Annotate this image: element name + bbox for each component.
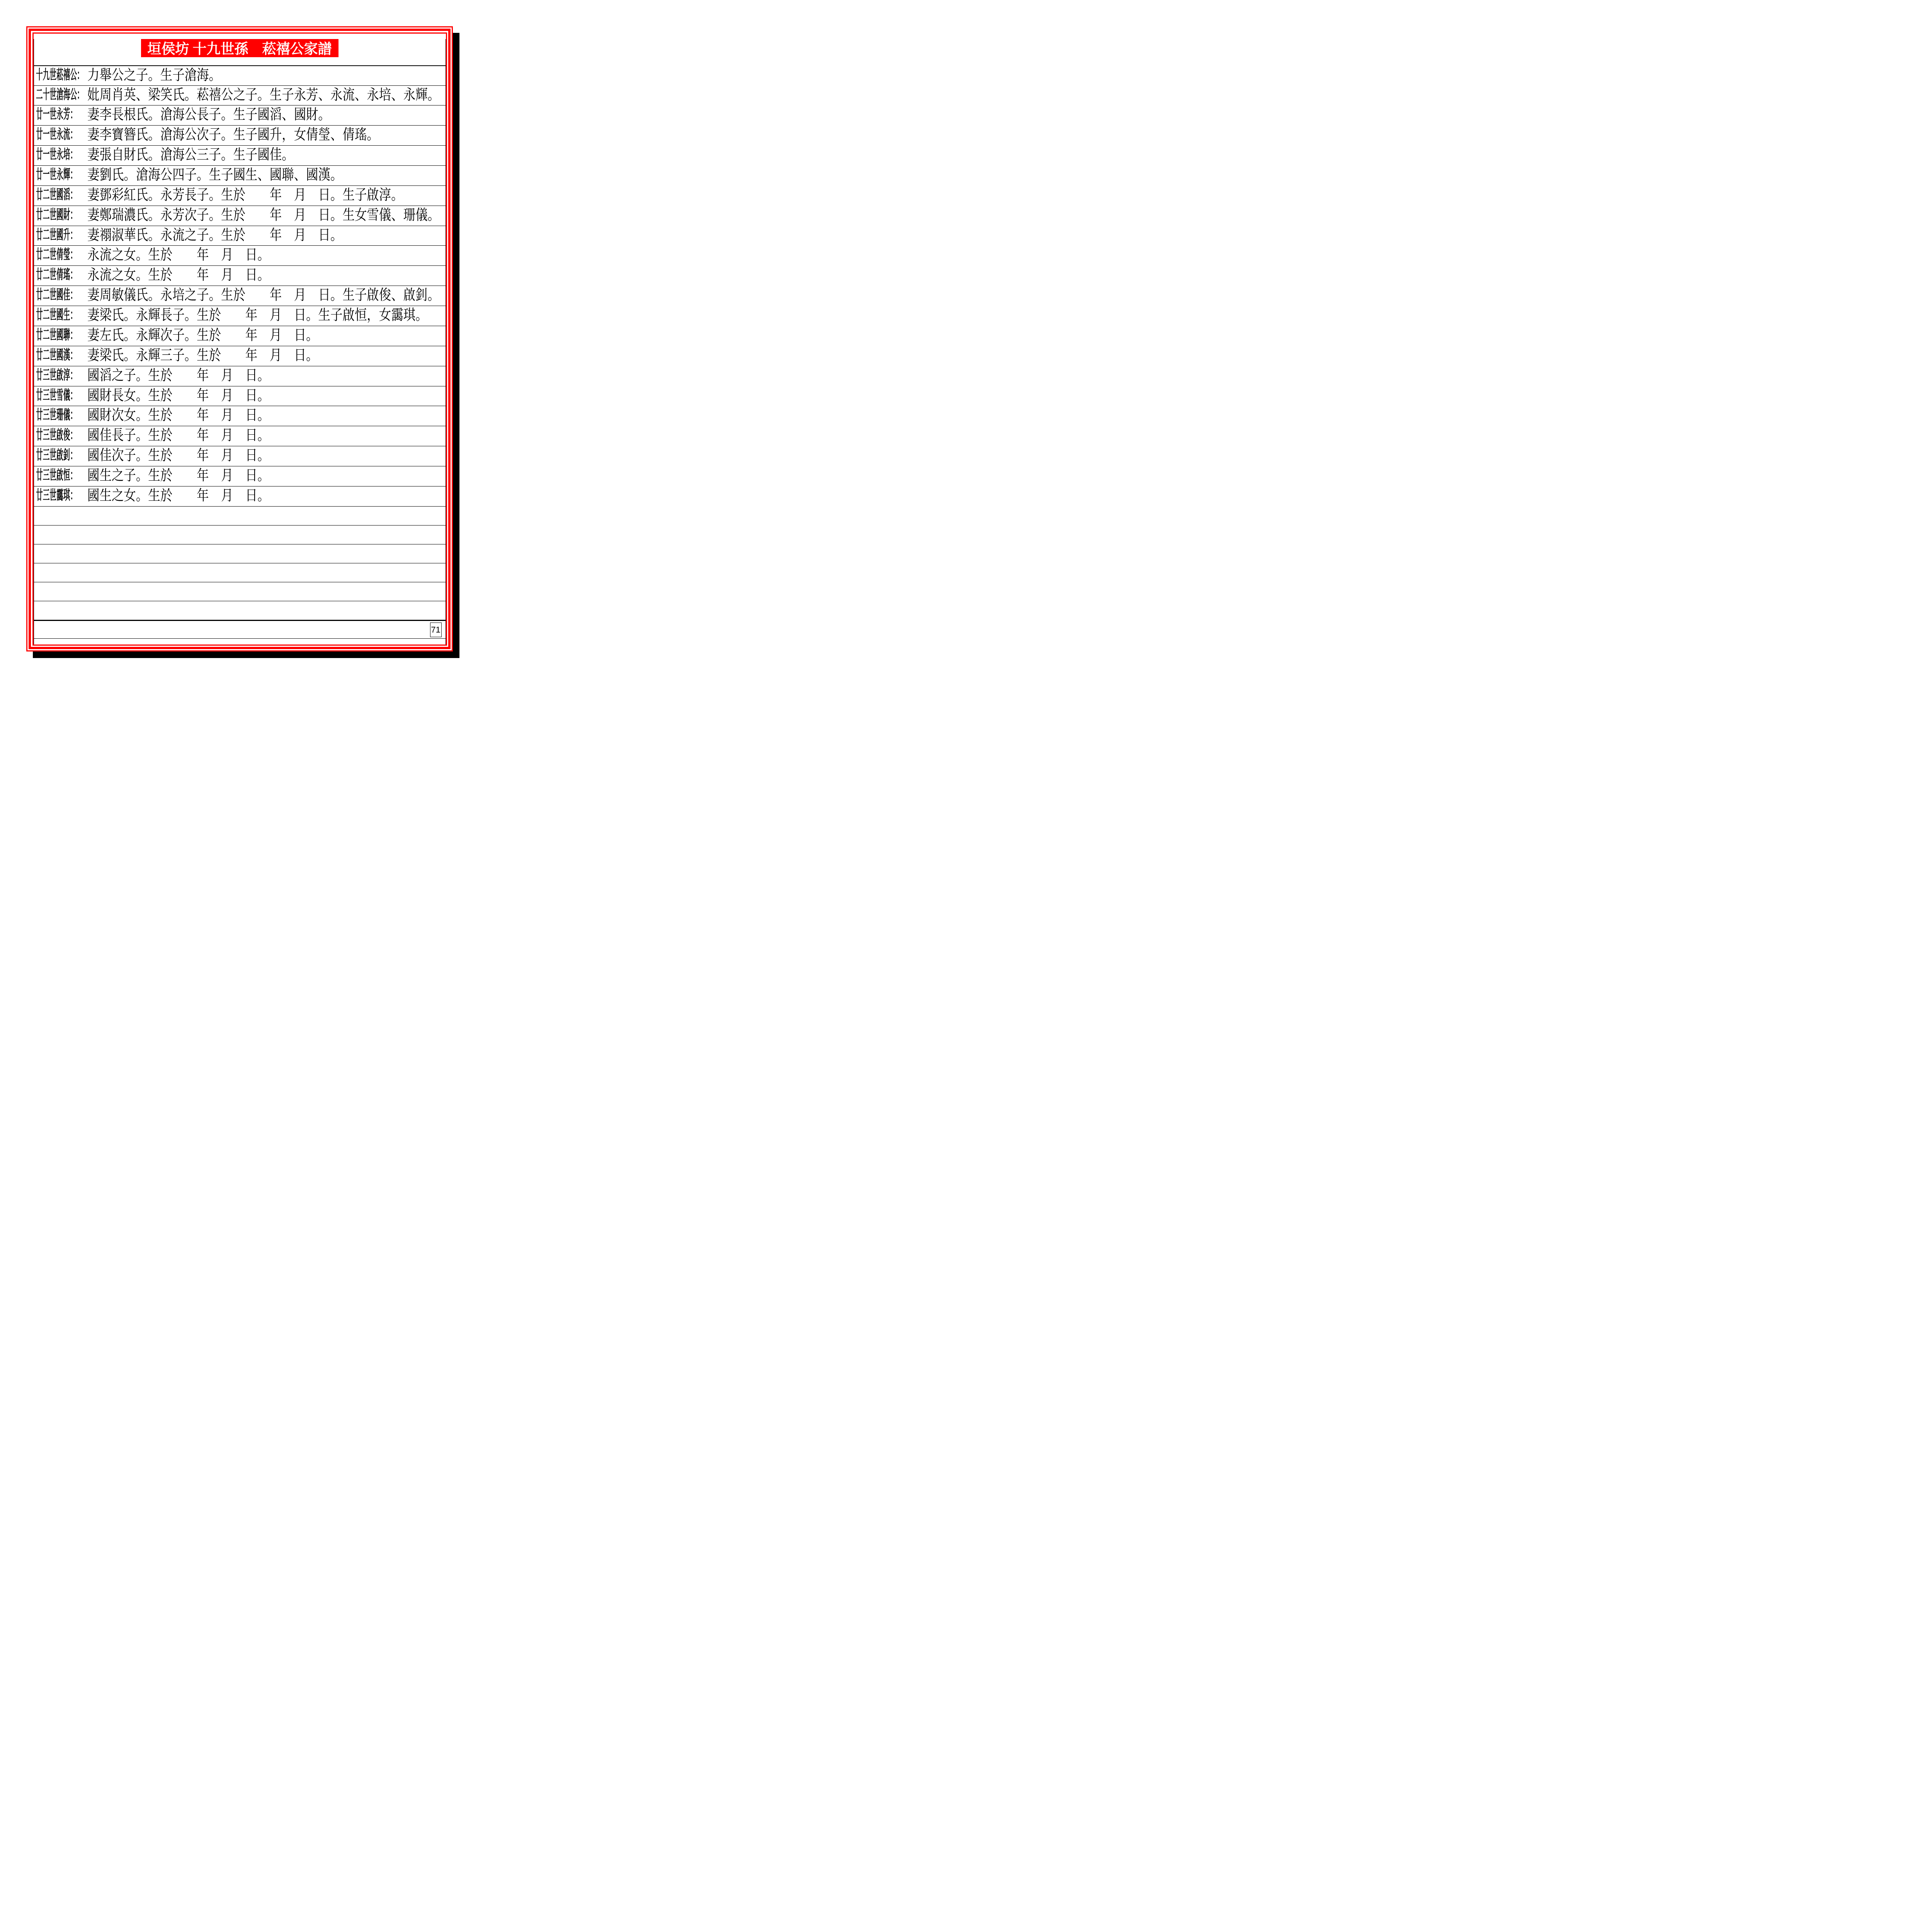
generation-name-label: 廿三世啟淳：	[36, 368, 77, 383]
genealogy-entry-text: 妻李長根氏。滄海公長子。生子國滔、國財。	[87, 105, 392, 123]
genealogy-entry-text: 妣周肖英、梁笑氏。菘禧公之子。生子永芳、永流、永培、永輝。	[87, 86, 392, 104]
genealogy-entry-text: 永流之女。生於 年 月 日。	[87, 246, 392, 264]
genealogy-row: 廿二世國升： 妻禤淑華氏。永流之子。生於 年 月 日。	[34, 226, 446, 246]
generation-name-label: 廿三世珊儀：	[36, 408, 77, 422]
empty-ruled-row	[34, 506, 446, 525]
genealogy-entry-text: 妻鄧彩紅氏。永芳長子。生於 年 月 日。生子啟淳。	[87, 186, 392, 204]
genealogy-row: 二十世滄海公： 妣周肖英、梁笑氏。菘禧公之子。生子永芳、永流、永培、永輝。	[34, 85, 446, 105]
genealogy-row: 廿三世啟俊： 國佳長子。生於 年 月 日。	[34, 426, 446, 446]
generation-name-label: 廿二世國佳：	[36, 288, 77, 302]
generation-name-label: 廿二世國升：	[36, 228, 77, 242]
genealogy-entry-text: 妻劉氏。滄海公四子。生子國生、國聯、國漢。	[87, 166, 392, 184]
genealogy-entry-text: 國滔之子。生於 年 月 日。	[87, 366, 392, 384]
page-number: 71	[430, 622, 442, 637]
genealogy-row: 廿二世國聯： 妻左氏。永輝次子。生於 年 月 日。	[34, 326, 446, 346]
generation-name-label: 十九世菘禧公：	[36, 68, 84, 82]
genealogy-entry-text: 國財長女。生於 年 月 日。	[87, 386, 392, 404]
generation-name-label: 廿一世永芳：	[36, 107, 77, 122]
generation-name-label: 廿一世永輝：	[36, 168, 77, 182]
genealogy-entry-text: 妻禤淑華氏。永流之子。生於 年 月 日。	[87, 226, 392, 244]
generation-name-label: 廿三世靄琪：	[36, 488, 77, 503]
generation-name-label: 廿三世啟俊：	[36, 428, 77, 442]
genealogy-entry-text: 國佳次子。生於 年 月 日。	[87, 446, 392, 464]
genealogy-row: 廿二世國佳： 妻周敏儀氏。永培之子。生於 年 月 日。生子啟俊、啟釗。	[34, 286, 446, 306]
generation-name-label: 廿一世永培：	[36, 148, 77, 162]
generation-name-label: 廿二世倩瑤：	[36, 268, 77, 282]
genealogy-row: 廿一世永芳： 妻李長根氏。滄海公長子。生子國滔、國財。	[34, 105, 446, 125]
generation-name-label: 廿二世國聯：	[36, 328, 77, 342]
generation-name-label: 廿二世國滔：	[36, 188, 77, 202]
genealogy-table: 十九世菘禧公： 力舉公之子。生子滄海。 二十世滄海公： 妣周肖英、梁笑氏。菘禧公…	[34, 65, 446, 620]
genealogy-row: 廿二世國財： 妻鄭瑞濃氏。永芳次子。生於 年 月 日。生女雪儀、珊儀。	[34, 206, 446, 226]
genealogy-row: 廿二世國生： 妻梁氏。永輝長子。生於 年 月 日。生子啟恒，女靄琪。	[34, 306, 446, 326]
genealogy-entry-text: 妻張自財氏。滄海公三子。生子國佳。	[87, 146, 392, 163]
genealogy-entry-text: 妻左氏。永輝次子。生於 年 月 日。	[87, 326, 392, 344]
genealogy-row: 廿二世國滔： 妻鄧彩紅氏。永芳長子。生於 年 月 日。生子啟淳。	[34, 185, 446, 206]
genealogy-row: 十九世菘禧公： 力舉公之子。生子滄海。	[34, 65, 446, 85]
page-title-band: 垣侯坊 十九世孫 菘禧公家譜	[141, 39, 338, 57]
inner-red-border: 垣侯坊 十九世孫 菘禧公家譜 十九世菘禧公： 力舉公之子。生子滄海。 二十世滄海…	[32, 32, 447, 646]
genealogy-entry-text: 國財次女。生於 年 月 日。	[87, 406, 392, 424]
empty-ruled-row	[34, 582, 446, 601]
generation-name-label: 二十世滄海公：	[36, 88, 84, 102]
genealogy-entry-text: 妻鄭瑞濃氏。永芳次子。生於 年 月 日。生女雪儀、珊儀。	[87, 206, 392, 224]
genealogy-row: 廿三世啟釗： 國佳次子。生於 年 月 日。	[34, 446, 446, 466]
bottom-strip	[34, 638, 446, 645]
genealogy-entry-text: 妻梁氏。永輝長子。生於 年 月 日。生子啟恒，女靄琪。	[87, 306, 392, 324]
genealogy-entry-text: 力舉公之子。生子滄海。	[87, 66, 392, 84]
genealogy-row: 廿二世國漢： 妻梁氏。永輝三子。生於 年 月 日。	[34, 346, 446, 366]
genealogy-entry-text: 國生之子。生於 年 月 日。	[87, 466, 392, 484]
generation-name-label: 廿二世倩瑩：	[36, 248, 77, 262]
genealogy-sheet: 垣侯坊 十九世孫 菘禧公家譜 十九世菘禧公： 力舉公之子。生子滄海。 二十世滄海…	[34, 39, 446, 646]
genealogy-row: 廿一世永培： 妻張自財氏。滄海公三子。生子國佳。	[34, 145, 446, 165]
genealogy-row: 廿三世雪儀： 國財長女。生於 年 月 日。	[34, 386, 446, 406]
genealogy-entry-text: 妻周敏儀氏。永培之子。生於 年 月 日。生子啟俊、啟釗。	[87, 286, 392, 304]
generation-name-label: 廿一世永流：	[36, 128, 77, 142]
genealogy-row: 廿一世永輝： 妻劉氏。滄海公四子。生子國生、國聯、國漢。	[34, 165, 446, 185]
genealogy-row: 廿三世啟恒： 國生之子。生於 年 月 日。	[34, 466, 446, 486]
generation-name-label: 廿二世國財：	[36, 208, 77, 222]
genealogy-row: 廿三世啟淳： 國滔之子。生於 年 月 日。	[34, 366, 446, 386]
genealogy-entry-text: 妻梁氏。永輝三子。生於 年 月 日。	[87, 346, 392, 364]
genealogy-entry-text: 國佳長子。生於 年 月 日。	[87, 426, 392, 444]
middle-red-border: 垣侯坊 十九世孫 菘禧公家譜 十九世菘禧公： 力舉公之子。生子滄海。 二十世滄海…	[29, 29, 451, 649]
genealogy-entry-text: 妻李寶簪氏。滄海公次子。生子國升，女倩瑩、倩瑤。	[87, 126, 392, 143]
generation-name-label: 廿二世國生：	[36, 308, 77, 322]
generation-name-label: 廿二世國漢：	[36, 348, 77, 362]
empty-ruled-row	[34, 525, 446, 544]
genealogy-entry-text: 永流之女。生於 年 月 日。	[87, 266, 392, 284]
genealogy-row: 廿二世倩瑤： 永流之女。生於 年 月 日。	[34, 265, 446, 286]
genealogy-row: 廿三世靄琪： 國生之女。生於 年 月 日。	[34, 486, 446, 506]
empty-ruled-row	[34, 601, 446, 620]
generation-name-label: 廿三世啟釗：	[36, 448, 77, 463]
page-number-row: 71	[34, 620, 446, 638]
empty-ruled-row	[34, 563, 446, 582]
page-title: 垣侯坊 十九世孫 菘禧公家譜	[147, 39, 332, 57]
genealogy-entry-text: 國生之女。生於 年 月 日。	[87, 486, 392, 504]
genealogy-row: 廿三世珊儀： 國財次女。生於 年 月 日。	[34, 406, 446, 426]
generation-name-label: 廿三世啟恒：	[36, 468, 77, 483]
genealogy-row: 廿一世永流： 妻李寶簪氏。滄海公次子。生子國升，女倩瑩、倩瑤。	[34, 125, 446, 145]
genealogy-row: 廿二世倩瑩： 永流之女。生於 年 月 日。	[34, 245, 446, 265]
outer-red-border: 垣侯坊 十九世孫 菘禧公家譜 十九世菘禧公： 力舉公之子。生子滄海。 二十世滄海…	[26, 26, 453, 651]
empty-ruled-row	[34, 544, 446, 563]
generation-name-label: 廿三世雪儀：	[36, 388, 77, 403]
title-zone: 垣侯坊 十九世孫 菘禧公家譜	[34, 39, 446, 65]
